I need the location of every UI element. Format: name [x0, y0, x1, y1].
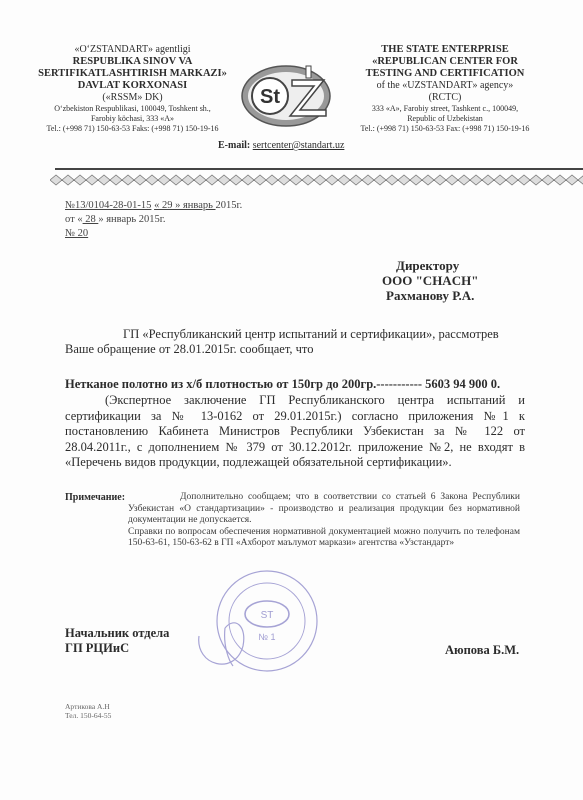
incoming-date-suffix: » январь 2015г.	[98, 214, 165, 225]
addressee-company: ООО "CHACH"	[382, 273, 478, 288]
email-link[interactable]: sertcenter@standart.uz	[253, 140, 345, 151]
outgoing-date: « 29 » январь	[154, 200, 215, 211]
executor-phone: Тел. 150-64-55	[65, 711, 111, 720]
header-divider	[55, 168, 583, 170]
outgoing-year: 2015г.	[216, 200, 243, 211]
diamond-ornament-divider	[50, 173, 583, 185]
email-line: E-mail: sertcenter@standart.uz	[218, 140, 344, 151]
center-name-uz-3: DAVLAT KORXONASI	[30, 80, 235, 92]
note-label: Примечание:	[65, 492, 125, 503]
body-conclusion: (Экспертное заключение ГП Республиканско…	[65, 393, 525, 471]
note-text: Дополнительно сообщаем; что в соответств…	[128, 492, 520, 550]
center-name-uz-2: SERTIFIKATLASHTIRISH MARKAZI»	[30, 68, 235, 80]
body-intro: ГП «Республиканский центр испытаний и се…	[65, 327, 525, 357]
signatory-name: Аюпова Б.М.	[445, 643, 519, 658]
center-name-uz-1: RESPUBLIKA SINOV VA	[30, 56, 235, 68]
intro-line-1: ГП «Республиканский центр испытаний и се…	[65, 327, 525, 342]
signatory-title-1: Начальник отдела	[65, 626, 169, 641]
stz-logo-icon: St	[240, 58, 332, 130]
center-abbr-uz: («RSSM» DK)	[30, 92, 235, 104]
addressee-block: Директору ООО "CHACH" Рахманову Р.А.	[382, 258, 478, 303]
reference-block: №13/0104-28-01-15 « 29 » январь 2015г. о…	[65, 199, 242, 241]
phone-en: Tel.: (+998 71) 150-63-53 Fax: (+998 71)…	[320, 124, 570, 134]
center-name-en-3: TESTING AND CERTIFICATION	[320, 68, 570, 80]
header-left-block: «O‘ZSTANDART» agentligi RESPUBLIKA SINOV…	[30, 44, 235, 134]
address-uz-1: O‘zbekiston Respublikasi, 100049, Toshke…	[30, 104, 235, 114]
svg-text:ST: ST	[261, 610, 274, 621]
header-right-block: THE STATE ENTERPRISE «REPUBLICAN CENTER …	[320, 44, 570, 134]
note-paragraph-2: Справки по вопросам обеспечения норматив…	[128, 527, 520, 550]
center-name-en-2: «REPUBLICAN CENTER FOR	[320, 56, 570, 68]
agency-name-uz: «O‘ZSTANDART» agentligi	[30, 44, 235, 56]
agency-name-en: of the «UZSTANDART» agency»	[320, 80, 570, 92]
center-name-en-1: THE STATE ENTERPRISE	[320, 44, 570, 56]
stamp-number: № 1	[258, 632, 275, 642]
svg-text:St: St	[260, 86, 280, 108]
address-en-1: 333 «A», Farobiy street, Tashkent c., 10…	[320, 104, 570, 114]
incoming-prefix: от «	[65, 214, 83, 225]
intro-line-2: Ваше обращение от 28.01.2015г. сообщает,…	[65, 342, 525, 357]
executor-block: Артикова А.Н Тел. 150-64-55	[65, 702, 111, 720]
addressee-position: Директору	[382, 258, 478, 273]
product-line: Нетканое полотно из х/б плотностью от 15…	[65, 377, 525, 392]
incoming-day: 28	[83, 214, 99, 225]
incoming-number: № 20	[65, 227, 242, 241]
official-stamp: ST № 1	[195, 566, 325, 681]
address-en-2: Republic of Uzbekistan	[320, 114, 570, 124]
executor-name: Артикова А.Н	[65, 702, 111, 711]
addressee-name: Рахманову Р.А.	[382, 288, 478, 303]
email-label: E-mail:	[218, 140, 250, 151]
center-abbr-en: (RCTC)	[320, 92, 570, 104]
phone-uz: Tel.: (+998 71) 150-63-53 Faks: (+998 71…	[30, 124, 235, 134]
note-paragraph-1: Дополнительно сообщаем; что в соответств…	[128, 492, 520, 527]
outgoing-number: №13/0104-28-01-15	[65, 200, 151, 211]
signatory-title: Начальник отдела ГП РЦИиС	[65, 626, 169, 656]
signatory-title-2: ГП РЦИиС	[65, 641, 169, 656]
address-uz-2: Farobiy köchasi, 333 «A»	[30, 114, 235, 124]
